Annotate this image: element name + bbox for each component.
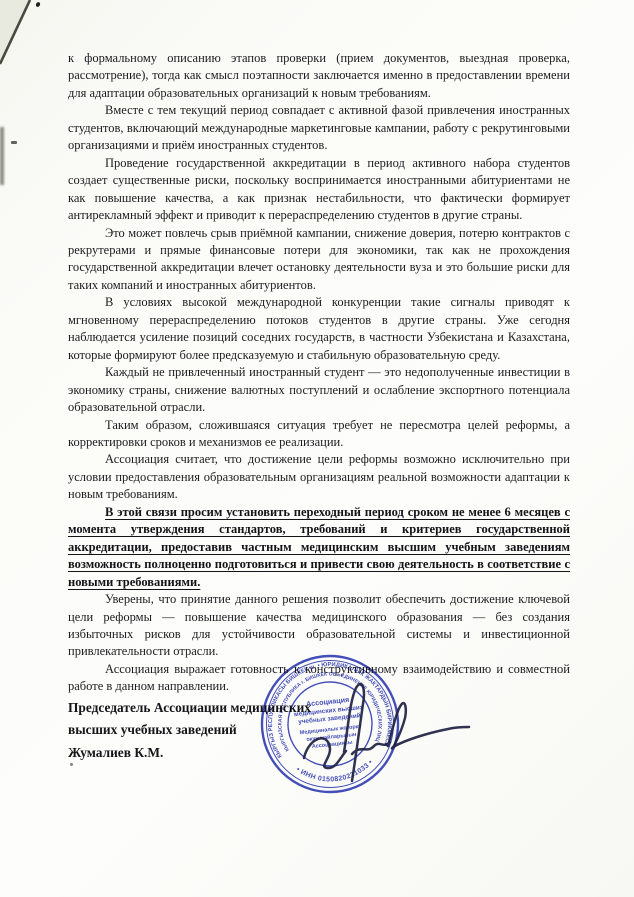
letter-body: к формальному описанию этапов проверки (… — [68, 50, 570, 696]
scan-edge-shadow — [0, 127, 4, 185]
scanned-letter-page: к формальному описанию этапов проверки (… — [0, 0, 634, 897]
paragraph: Ассоциация считает, что достижение цели … — [68, 451, 570, 503]
paragraph: Таким образом, сложившаяся ситуация треб… — [68, 417, 570, 452]
handwritten-signature — [288, 672, 483, 794]
margin-dash-artifact — [11, 141, 17, 144]
page-corner-fold — [0, 0, 42, 70]
paragraph: Проведение государственной аккредитации … — [68, 155, 570, 225]
paragraph: Это может повлечь срыв приёмной кампании… — [68, 225, 570, 295]
paragraph: к формальному описанию этапов проверки (… — [68, 50, 570, 102]
paragraph-request-emphasis: В этой связи просим установить переходны… — [68, 504, 570, 591]
paragraph: В условиях высокой международной конкуре… — [68, 294, 570, 364]
paragraph: Вместе с тем текущий период совпадает с … — [68, 102, 570, 154]
paragraph: Каждый не привлеченный иностранный студе… — [68, 364, 570, 416]
